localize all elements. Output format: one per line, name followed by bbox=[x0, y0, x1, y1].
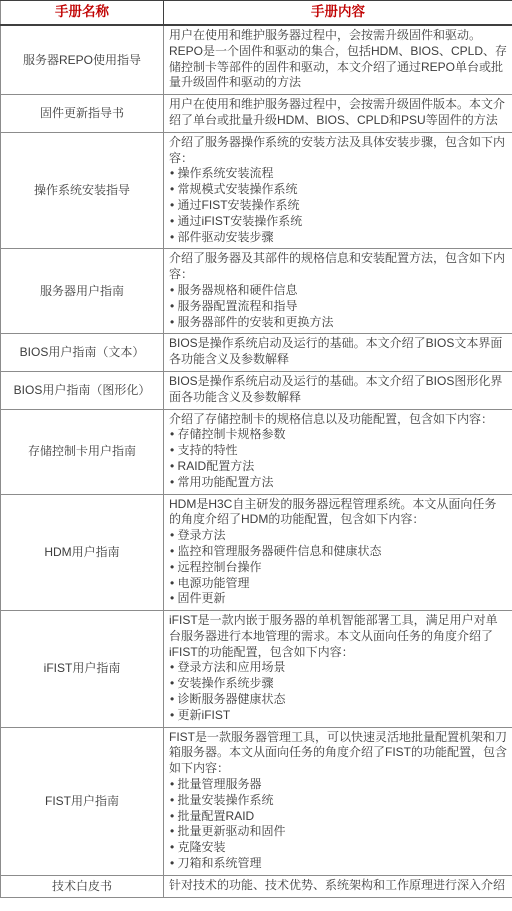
content-intro: iFIST是一款内嵌于服务器的单机智能部署工具，满足用户对单台服务器进行本地管理… bbox=[169, 613, 508, 660]
content-bullet: 批量管理服务器 bbox=[169, 777, 508, 793]
content-bullet: 服务器部件的安装和更换方法 bbox=[169, 315, 508, 331]
manual-content: 用户在使用和维护服务器过程中，会按需升级固件和驱动。REPO是一个固件和驱动的集… bbox=[164, 25, 512, 95]
table-row: FIST用户指南FIST是一款服务器管理工具，可以快速灵活地批量配置机架和刀箱服… bbox=[1, 727, 512, 875]
content-bullet: 电源功能管理 bbox=[169, 576, 508, 592]
content-bullet: 部件驱动安装步骤 bbox=[169, 230, 508, 246]
table-row: 服务器REPO使用指导用户在使用和维护服务器过程中，会按需升级固件和驱动。REP… bbox=[1, 25, 512, 95]
content-bullet: 支持的特性 bbox=[169, 443, 508, 459]
content-bullet: 更新iFIST bbox=[169, 708, 508, 724]
table-row: BIOS用户指南（图形化）BIOS是操作系统启动及运行的基础。本文介绍了BIOS… bbox=[1, 371, 512, 409]
header-row: 手册名称 手册内容 bbox=[1, 1, 512, 26]
content-bullet: RAID配置方法 bbox=[169, 459, 508, 475]
manual-name: BIOS用户指南（图形化） bbox=[1, 371, 164, 409]
manual-table: 手册名称 手册内容 服务器REPO使用指导用户在使用和维护服务器过程中，会按需升… bbox=[0, 0, 512, 898]
content-bullet: 批量配置RAID bbox=[169, 809, 508, 825]
content-bullet: 克隆安装 bbox=[169, 840, 508, 856]
content-bullet: 登录方法 bbox=[169, 528, 508, 544]
table-row: 服务器用户指南介绍了服务器及其部件的规格信息和安装配置方法，包含如下内容：服务器… bbox=[1, 249, 512, 334]
table-row: 固件更新指导书用户在使用和维护服务器过程中，会按需升级固件版本。本文介绍了单台或… bbox=[1, 95, 512, 133]
manual-content: iFIST是一款内嵌于服务器的单机智能部署工具，满足用户对单台服务器进行本地管理… bbox=[164, 611, 512, 728]
content-intro: 针对技术的功能、技术优势、系统架构和工作原理进行深入介绍 bbox=[169, 878, 508, 894]
content-intro: BIOS是操作系统启动及运行的基础。本文介绍了BIOS图形化界面各功能含义及参数… bbox=[169, 374, 508, 406]
content-bullet: 操作系统安装流程 bbox=[169, 166, 508, 182]
manual-content: FIST是一款服务器管理工具，可以快速灵活地批量配置机架和刀箱服务器。本文从面向… bbox=[164, 727, 512, 875]
manual-name: 服务器用户指南 bbox=[1, 249, 164, 334]
manual-name: FIST用户指南 bbox=[1, 727, 164, 875]
content-bullet: 通过FIST安装操作系统 bbox=[169, 198, 508, 214]
header-manual-name: 手册名称 bbox=[1, 1, 164, 26]
content-intro: FIST是一款服务器管理工具，可以快速灵活地批量配置机架和刀箱服务器。本文从面向… bbox=[169, 730, 508, 777]
manual-name: HDM用户指南 bbox=[1, 494, 164, 611]
table-row: iFIST用户指南iFIST是一款内嵌于服务器的单机智能部署工具，满足用户对单台… bbox=[1, 611, 512, 728]
content-intro: 介绍了服务器及其部件的规格信息和安装配置方法，包含如下内容： bbox=[169, 251, 508, 283]
manual-name: 固件更新指导书 bbox=[1, 95, 164, 133]
manual-name: iFIST用户指南 bbox=[1, 611, 164, 728]
content-bullet: 批量更新驱动和固件 bbox=[169, 824, 508, 840]
manual-content: 用户在使用和维护服务器过程中，会按需升级固件版本。本文介绍了单台或批量升级HDM… bbox=[164, 95, 512, 133]
table-row: 技术白皮书针对技术的功能、技术优势、系统架构和工作原理进行深入介绍 bbox=[1, 875, 512, 897]
manual-name: 操作系统安装指导 bbox=[1, 132, 164, 249]
manual-name: 存储控制卡用户指南 bbox=[1, 409, 164, 494]
table-header: 手册名称 手册内容 bbox=[1, 1, 512, 26]
content-bullet: 固件更新 bbox=[169, 591, 508, 607]
table-row: HDM用户指南HDM是H3C自主研发的服务器远程管理系统。本文从面向任务的角度介… bbox=[1, 494, 512, 611]
header-manual-content: 手册内容 bbox=[164, 1, 512, 26]
table-row: BIOS用户指南（文本）BIOS是操作系统启动及运行的基础。本文介绍了BIOS文… bbox=[1, 334, 512, 372]
content-bullet: 存储控制卡规格参数 bbox=[169, 427, 508, 443]
content-bullet: 通过iFIST安装操作系统 bbox=[169, 214, 508, 230]
manual-content: BIOS是操作系统启动及运行的基础。本文介绍了BIOS图形化界面各功能含义及参数… bbox=[164, 371, 512, 409]
table-body: 服务器REPO使用指导用户在使用和维护服务器过程中，会按需升级固件和驱动。REP… bbox=[1, 25, 512, 897]
content-bullet: 诊断服务器健康状态 bbox=[169, 692, 508, 708]
manual-content: 针对技术的功能、技术优势、系统架构和工作原理进行深入介绍 bbox=[164, 875, 512, 897]
content-intro: 介绍了存储控制卡的规格信息以及功能配置，包含如下内容： bbox=[169, 412, 508, 428]
manual-name: 技术白皮书 bbox=[1, 875, 164, 897]
content-intro: BIOS是操作系统启动及运行的基础。本文介绍了BIOS文本界面各功能含义及参数解… bbox=[169, 336, 508, 368]
content-bullet: 服务器规格和硬件信息 bbox=[169, 283, 508, 299]
manual-name: BIOS用户指南（文本） bbox=[1, 334, 164, 372]
manual-content: 介绍了存储控制卡的规格信息以及功能配置，包含如下内容：存储控制卡规格参数支持的特… bbox=[164, 409, 512, 494]
content-bullet: 监控和管理服务器硬件信息和健康状态 bbox=[169, 544, 508, 560]
table-row: 操作系统安装指导介绍了服务器操作系统的安装方法及具体安装步骤，包含如下内容：操作… bbox=[1, 132, 512, 249]
content-intro: HDM是H3C自主研发的服务器远程管理系统。本文从面向任务的角度介绍了HDM的功… bbox=[169, 497, 508, 529]
content-bullet: 服务器配置流程和指导 bbox=[169, 299, 508, 315]
content-bullet: 刀箱和系统管理 bbox=[169, 856, 508, 872]
content-bullet: 安装操作系统步骤 bbox=[169, 676, 508, 692]
content-intro: 介绍了服务器操作系统的安装方法及具体安装步骤，包含如下内容： bbox=[169, 135, 508, 167]
table-row: 存储控制卡用户指南介绍了存储控制卡的规格信息以及功能配置，包含如下内容：存储控制… bbox=[1, 409, 512, 494]
content-intro: 用户在使用和维护服务器过程中，会按需升级固件版本。本文介绍了单台或批量升级HDM… bbox=[169, 97, 508, 129]
manual-content: HDM是H3C自主研发的服务器远程管理系统。本文从面向任务的角度介绍了HDM的功… bbox=[164, 494, 512, 611]
content-bullet: 远程控制台操作 bbox=[169, 560, 508, 576]
content-bullet: 批量安装操作系统 bbox=[169, 793, 508, 809]
manual-content: 介绍了服务器及其部件的规格信息和安装配置方法，包含如下内容：服务器规格和硬件信息… bbox=[164, 249, 512, 334]
manual-content: 介绍了服务器操作系统的安装方法及具体安装步骤，包含如下内容：操作系统安装流程常规… bbox=[164, 132, 512, 249]
content-bullet: 登录方法和应用场景 bbox=[169, 660, 508, 676]
content-intro: 用户在使用和维护服务器过程中，会按需升级固件和驱动。REPO是一个固件和驱动的集… bbox=[169, 28, 508, 91]
manual-name: 服务器REPO使用指导 bbox=[1, 25, 164, 95]
manual-content: BIOS是操作系统启动及运行的基础。本文介绍了BIOS文本界面各功能含义及参数解… bbox=[164, 334, 512, 372]
content-bullet: 常用功能配置方法 bbox=[169, 475, 508, 491]
content-bullet: 常规模式安装操作系统 bbox=[169, 182, 508, 198]
